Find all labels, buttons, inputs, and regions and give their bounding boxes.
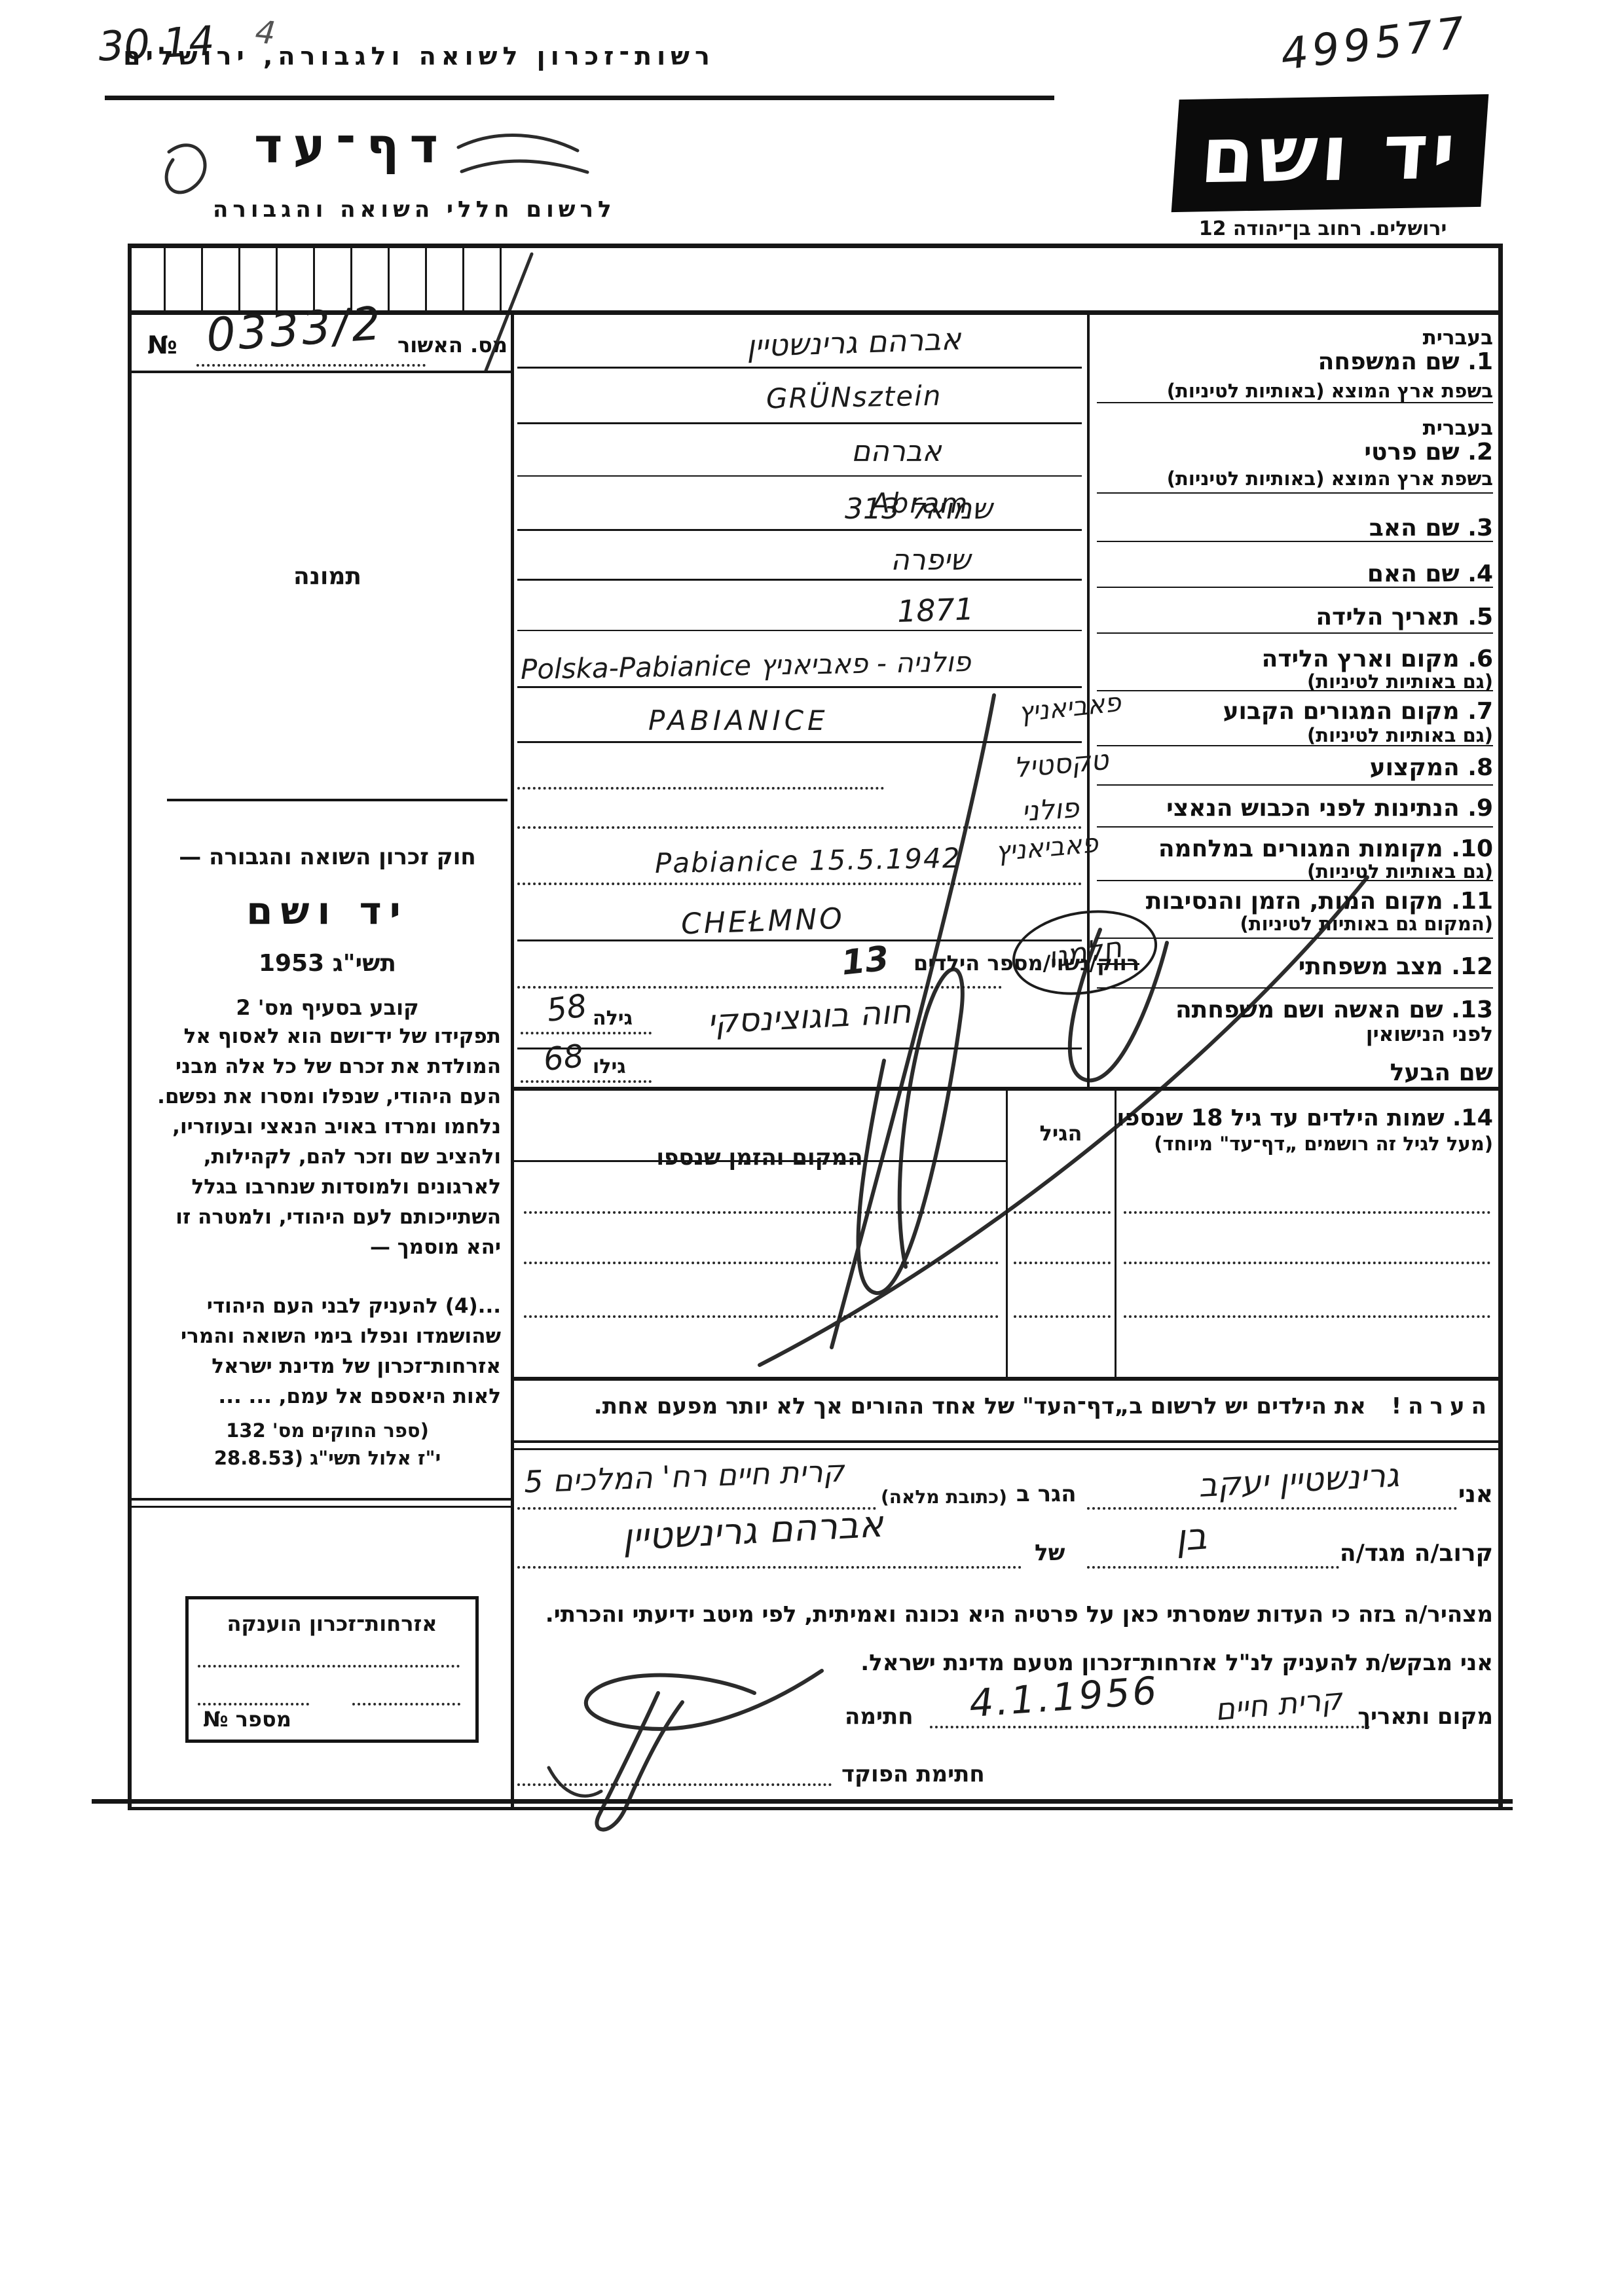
form-title: דף־עד [254,118,449,174]
children-row-line [524,1262,999,1264]
children-row-line [1014,1262,1111,1264]
strip-cell-line [500,246,502,310]
form-border-left [128,244,132,1810]
page-bottom-rule-2 [128,1807,1513,1810]
grant-box-number-label: מספר № [203,1707,291,1732]
label-war-residences-latin: (גם באותיות לטיניות) [1307,860,1493,883]
label-sep [1097,587,1493,588]
answer-citizenship: פולני [1020,792,1080,828]
label-birth-place-latin: (גם באותיות לטיניות) [1307,670,1493,693]
deceased-name-dotted-line [517,1566,1022,1569]
label-citizenship: 9. הנתינות לפני הכבוש הנאצי [1166,795,1493,822]
declaration-request: אני מבקש/ת להעניק לנ"ל אזרחות־זכרון מטעם… [860,1650,1493,1676]
photo-placeholder-label: תמונה [275,563,380,590]
children-age-header: הגיל [1008,1121,1113,1146]
children-row-line [1124,1262,1490,1264]
answer-first-name-hebrew: אברהם [851,435,942,468]
children-header-rule [512,1160,1007,1162]
answer-line [517,686,1082,688]
signature-label: חתימה [845,1704,913,1730]
answer-mother-name: שיפרה [891,543,970,577]
note-bottom-rule-2 [512,1448,1498,1450]
label-wife-name: 13. שם האשה ושם משפחתה [1175,996,1493,1023]
label-sep [1097,402,1493,403]
label-permanent-residence-latin: (גם באותיות לטיניות) [1307,724,1493,746]
children-row-line [524,1315,999,1318]
law-title: חוק זכרון השואה והגבורה — [154,844,501,870]
label-sep [1097,632,1493,634]
answer-line-dashed [517,787,884,790]
logo-address: ירושלים. רחוב בן־יהודה 12 [1162,217,1483,240]
witness-name-handwritten: גרינשטיין יעקב [1198,1456,1400,1504]
grant-box-dotted-2 [198,1703,309,1705]
place-date-label: מקום ותאריך [1357,1704,1493,1730]
answer-line-dashed [517,883,1082,885]
approval-dotted-line [196,364,426,367]
answer-his-age: 68 [542,1038,585,1078]
label-marital-status: 12. מצב משפחתי [1299,953,1493,980]
children-row-line [524,1211,999,1214]
law-body-1: תפקידו של יד־ושם הוא לאסוף אל המולדת את … [157,1021,501,1262]
label-sep [1097,492,1493,494]
note-bottom-rule-1 [512,1440,1498,1443]
answer-her-age: 58 [544,987,589,1029]
answer-wife-name: חוה בוגוצינסקי [707,993,912,1041]
relation-dotted-line [1087,1566,1339,1569]
answer-birth-date: 1871 [896,591,974,629]
answer-line [517,367,1082,369]
label-children-names: 14. שמות הילדים עד גיל 18 שנספו [1116,1105,1493,1131]
law-reference-1: (ספר החוקים מס' 132 [183,1419,471,1442]
org-title: רשות־זכרון לשואה ולגבורה, ירושלים [108,42,730,71]
label-wife-name-2: לפני הנישואין [1366,1023,1493,1046]
label-profession: 8. המקצוע [1370,754,1493,781]
her-age-dotted-line [521,1032,652,1034]
answer-line [517,1048,1082,1049]
strip-cell-line [425,246,427,310]
note-text: את הילדים יש לרשום ב„דף־העד" של אחד ההור… [594,1393,1366,1419]
answer-line [517,475,1082,477]
answer-war-places-hebrew: פאביאניץ [994,828,1099,867]
signature-stroke [549,1768,601,1796]
answer-birth-place: פולניה - פאביאניץ Polska-Pabianice [521,646,971,685]
form-subtitle: לרשום חללי השואה והגבורה [213,196,616,223]
of-label: של [1035,1540,1065,1566]
serial-number-handwritten: 499577 [1278,7,1471,81]
testimony-page: 30 14 4 רשות־זכרון לשואה ולגבורה, ירושלי… [0,0,1624,2296]
scrawl-stroke [166,145,205,192]
label-sep [1097,826,1493,828]
answer-family-name-latin: GRÜNsztein [766,380,942,415]
label-death-place-latin: (המקום גם באותיות לטיניות) [1240,913,1493,935]
address-handwritten: קרית חיים רח' המלכים 5 [523,1453,845,1499]
marital-option-single: רווק [1097,951,1139,975]
place-date-dotted-line [930,1726,1370,1728]
answer-war-places-latin: Pabianice 15.5.1942 [655,842,961,879]
law-box-top-rule [167,799,507,801]
yad-vashem-logo-text: יד ושם [1198,106,1462,201]
label-husband-name: שם הבעל [1390,1059,1493,1086]
children-row-line [1014,1315,1111,1318]
strip-cell-line [388,246,390,310]
grant-box-title: אזרחות־זכרון הוענקה [189,1611,475,1636]
deceased-name-handwritten: אברהם גרינשטיין [621,1503,885,1559]
label-permanent-residence: 7. מקום המגורים הקבוע [1223,698,1493,725]
scrawl-stroke [458,135,578,151]
law-body-2: ...(4) להעניק לבני העם היהודי שהושמדו ונ… [157,1291,501,1412]
clerk-signature-dotted-line [517,1783,832,1786]
answer-line [517,630,1082,631]
strip-cell-line [276,246,278,310]
law-year: תשי"ג 1953 [154,950,501,977]
his-age-dotted-line [521,1080,652,1083]
law-box-bottom-rule-2 [128,1506,511,1508]
children-table-bottom-rule [512,1377,1498,1381]
answer-father-name: שמואל 313 [845,492,992,526]
answer-line [517,422,1082,424]
label-war-residences: 10. מקומות המגורים במלחמה [1158,835,1493,862]
answer-line [517,939,1082,941]
label-children-names-note: (מעל לגיל זה רושמים „דף־עד" מיוחד) [1154,1133,1493,1155]
residing-label: הגר ב [1016,1481,1077,1507]
approval-row-rule [130,371,511,373]
label-her-age: גילה [593,1007,633,1030]
approval-no-symbol: № [147,331,177,359]
law-name: יד ושם [154,888,501,933]
label-family-name: 1. שם המשפחה [1318,348,1493,375]
relation-label: קרוב/ה מגד/ה [1340,1540,1493,1567]
label-sep [1097,690,1493,691]
strip-cell-line [238,246,240,310]
law-box: חוק זכרון השואה והגבורה — יד ושם תשי"ג 1… [154,828,501,1020]
children-row-line [1124,1211,1490,1214]
answer-profession: טקסטיל [1012,744,1110,784]
form-border-right [1498,244,1503,1810]
children-row-line [1014,1211,1111,1214]
declaration-i-label: אני [1458,1481,1493,1508]
declaration-statement: מצהיר/ה בזה כי העדות שמסרתי כאן על פרטיה… [545,1601,1493,1628]
note-label: הערה! [1392,1393,1493,1419]
label-first-name: 2. שם פרטי [1364,439,1493,465]
strip-cell-line [164,246,166,310]
full-address-label: (כתובת מלאה) [881,1486,1007,1508]
answer-line [517,529,1082,531]
label-sep [1097,880,1493,881]
clerk-signature-label: חתימת הפוקד [841,1761,985,1787]
label-sep [1097,784,1493,786]
yad-vashem-logo: יד ושם [1172,94,1489,212]
label-family-name-latin: בשפת ארץ המוצא (באותיות לטיניות) [1167,380,1493,402]
witness-name-dotted-line [1087,1507,1457,1510]
grant-box-dotted-3 [352,1703,460,1705]
law-clause: קובע בסעיף מס' 2 [154,995,501,1020]
label-father-name: 3. שם האב [1369,515,1493,541]
header-rule [105,96,1054,100]
answer-residence-hebrew: פאביאניץ [1017,687,1122,728]
place-handwritten: קרית חיים [1213,1681,1344,1728]
column-divider-left [511,310,514,1810]
marital-options: רווק/נשוי/מספר הילדים [913,951,1139,975]
label-sep [1097,745,1493,746]
relation-handwritten: בן [1174,1515,1208,1559]
label-in-hebrew-2: בעברית [1423,416,1493,440]
page-bottom-rule-1 [92,1799,1513,1804]
approval-number-value: 0333/2 [204,297,384,363]
children-table-vline-2 [1115,1091,1116,1377]
answer-line [517,741,1082,743]
answer-line-dashed [517,826,1082,829]
label-his-age: גילו [593,1055,626,1078]
citizenship-grant-box: אזרחות־זכרון הוענקה מספר № [185,1596,479,1743]
grant-box-dotted-1 [198,1665,460,1667]
children-table-top-rule [512,1087,1498,1091]
children-table-vline-1 [1006,1091,1008,1377]
label-in-hebrew-1: בעברית [1423,326,1493,350]
answer-death-place-latin: CHEŁMNO [680,902,845,941]
label-sep [1097,541,1493,542]
strip-cell-line [462,246,464,310]
law-box-bottom-rule-1 [128,1498,511,1501]
label-birth-date: 5. תאריך הלידה [1316,604,1493,630]
answer-line-dotted [517,986,1002,989]
note-row: הערה! את הילדים יש לרשום ב„דף־העד" של אח… [544,1393,1493,1419]
approval-label: מס. האשור [386,333,507,357]
label-first-name-latin: בשפת ארץ המוצא (באותיות לטיניות) [1167,467,1493,490]
marital-option-rest: /נשוי/מספר הילדים [913,951,1097,975]
signature-stroke [586,1671,822,1729]
label-sep [1097,987,1493,989]
answer-family-name-hebrew: אברהם גרינשטיין [746,321,961,363]
label-death-place: 11. מקום המות, הזמן והנסיבות [1146,888,1493,915]
children-row-line [1124,1315,1490,1318]
date-handwritten: 4.1.1956 [968,1668,1160,1726]
form-border-top [128,244,1503,248]
strip-cell-line [201,246,203,310]
children-place-header: המקום והזמן שנספו [557,1144,963,1171]
answer-residence-latin: PABIANICE [648,704,829,737]
answer-line [517,579,1082,581]
law-reference-2: י"ז אלול תשי"ג (28.8.53 [183,1447,471,1469]
answer-children-count: 13 [840,939,891,983]
label-birth-place: 6. מקום וארץ הלידה [1262,646,1493,672]
scrawl-stroke [462,161,587,172]
label-mother-name: 4. שם האם [1367,560,1493,587]
